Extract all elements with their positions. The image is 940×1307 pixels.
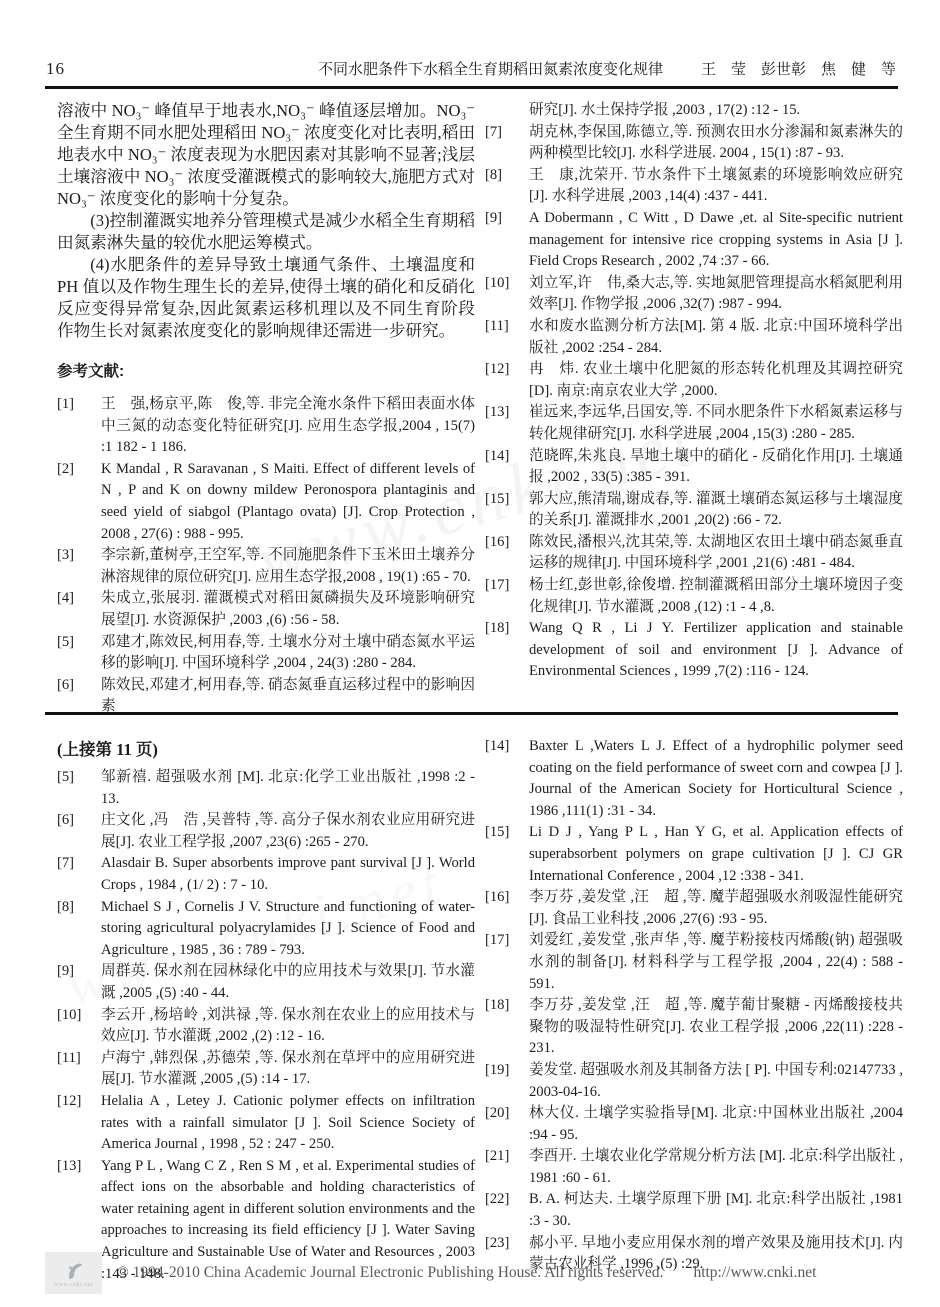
page-header: 16 不同水肥条件下水稻全生育期稻田氮素浓度变化规律 王 莹 彭世彰 焦 健 等: [46, 58, 896, 79]
reference-text: Helalia A , Letey J. Cationic polymer ef…: [101, 1091, 475, 1156]
reference-text: 刘立军,许 伟,桑大志,等. 实地氮肥管理提高水稻氮肥利用效率[J]. 作物学报…: [529, 273, 903, 316]
reference-number: [17]: [485, 575, 529, 618]
reference-text: 胡克林,李保国,陈德立,等. 预测农田水分渗漏和氮素淋失的两种模型比较[J]. …: [529, 122, 903, 165]
cnki-logo-caption: www.cnki.net: [54, 1282, 93, 1288]
section-divider-rule: [45, 712, 898, 715]
continued-list-right: [14]Baxter L ,Waters L J. Effect of a hy…: [485, 736, 903, 1276]
copyright-text: © 1994-2010 China Academic Journal Elect…: [117, 1264, 663, 1282]
journal-page: 16 不同水肥条件下水稻全生育期稻田氮素浓度变化规律 王 莹 彭世彰 焦 健 等…: [0, 0, 940, 1307]
reference-number: [11]: [485, 316, 529, 359]
reference-number: [15]: [485, 822, 529, 887]
reference-item: [11]卢海宁 ,韩烈保 ,苏德荣 ,等. 保水剂在草坪中的应用研究进展[J].…: [57, 1048, 475, 1091]
reference-item: [16]李万芬 ,姜发堂 ,汪 超 ,等. 魔芋超强吸水剂吸湿性能研究[J]. …: [485, 887, 903, 930]
reference-text: Michael S J , Cornelis J V. Structure an…: [101, 897, 475, 962]
reference-number: [11]: [57, 1048, 101, 1091]
reference-item: [18]Wang Q R , Li J Y. Fertilizer applic…: [485, 618, 903, 683]
reference-text: Alasdair B. Super absorbents improve pan…: [101, 853, 475, 896]
reference-number: [6]: [57, 810, 101, 853]
reference-number: [9]: [485, 208, 529, 273]
reference-number: [10]: [485, 273, 529, 316]
reference-number: [7]: [57, 853, 101, 896]
reference-number: [22]: [485, 1189, 529, 1232]
reference-item: [7]Alasdair B. Super absorbents improve …: [57, 853, 475, 896]
reference-number: [14]: [485, 446, 529, 489]
reference-text: B. A. 柯达夫. 土壤学原理下册 [M]. 北京:科学出版社 ,1981 :…: [529, 1189, 903, 1232]
reference-text: 研究[J]. 水土保持学报 ,2003 , 17(2) :12 - 15.: [529, 100, 903, 122]
continued-references-section: (上接第 11 页) [5]邹新禧. 超强吸水剂 [M]. 北京:化学工业出版社…: [57, 736, 903, 1248]
reference-number: [19]: [485, 1060, 529, 1103]
reference-item: [17]杨士红,彭世彰,徐俊增. 控制灌溉稻田部分土壤环境因子变化规律[J]. …: [485, 575, 903, 618]
reference-item: [16]陈效民,潘根兴,沈其荣,等. 太湖地区农田土壤中硝态氮垂直运移的规律[J…: [485, 532, 903, 575]
reference-text: 姜发堂. 超强吸水剂及其制备方法 [ P]. 中国专利:02147733 , 2…: [529, 1060, 903, 1103]
reference-text: 崔远来,李远华,吕国安,等. 不同水肥条件下水稻氮素运移与转化规律研究[J]. …: [529, 402, 903, 445]
reference-text: Li D J , Yang P L , Han Y G, et al. Appl…: [529, 822, 903, 887]
reference-text: 邓建才,陈效民,柯用春,等. 土壤水分对土壤中硝态氮水平运移的影响[J]. 中国…: [101, 632, 475, 675]
reference-item: [10]刘立军,许 伟,桑大志,等. 实地氮肥管理提高水稻氮肥利用效率[J]. …: [485, 273, 903, 316]
reference-item: [8]王 康,沈荣开. 节水条件下土壤氮素的环境影响效应研究[J]. 水科学进展…: [485, 165, 903, 208]
reference-item: [22]B. A. 柯达夫. 土壤学原理下册 [M]. 北京:科学出版社 ,19…: [485, 1189, 903, 1232]
reference-text: 冉 炜. 农业土壤中化肥氮的形态转化机理及其调控研究[D]. 南京:南京农业大学…: [529, 359, 903, 402]
reference-item: [10]李云开 ,杨培岭 ,刘洪禄 ,等. 保水剂在农业上的应用技术与效应[J]…: [57, 1005, 475, 1048]
reference-number: [5]: [57, 767, 101, 810]
reference-item: [5]邹新禧. 超强吸水剂 [M]. 北京:化学工业出版社 ,1998 :2 -…: [57, 767, 475, 810]
header-rule: [45, 86, 898, 89]
reference-item: [18]李万芬 ,姜发堂 ,汪 超 ,等. 魔芋葡甘聚糖 - 丙烯酸接枝共聚物的…: [485, 995, 903, 1060]
references-list-left: [1]王 强,杨京平,陈 俊,等. 非完全淹水条件下稻田表面水体中三氮的动态变化…: [57, 394, 475, 718]
cnki-swirl-icon: [63, 1258, 85, 1282]
article-paragraph: 溶液中 NO₃⁻ 峰值早于地表水,NO₃⁻ 峰值逐层增加。NO₃⁻ 全生育期不同…: [57, 100, 475, 210]
reference-number: [12]: [485, 359, 529, 402]
reference-text: 周群英. 保水剂在园林绿化中的应用技术与效果[J]. 节水灌溉 ,2005 ,(…: [101, 961, 475, 1004]
article-paragraph: (4)水肥条件的差异导致土壤通气条件、土壤温度和 PH 值以及作物生理生长的差异…: [57, 254, 475, 342]
reference-text: 王 康,沈荣开. 节水条件下土壤氮素的环境影响效应研究[J]. 水科学进展 ,2…: [529, 165, 903, 208]
reference-number: [10]: [57, 1005, 101, 1048]
reference-text: 陈效民,潘根兴,沈其荣,等. 太湖地区农田土壤中硝态氮垂直运移的规律[J]. 中…: [529, 532, 903, 575]
reference-item: [6]庄文化 ,冯 浩 ,吴普特 ,等. 高分子保水剂农业应用研究进展[J]. …: [57, 810, 475, 853]
reference-text: Wang Q R , Li J Y. Fertilizer applicatio…: [529, 618, 903, 683]
right-column: 研究[J]. 水土保持学报 ,2003 , 17(2) :12 - 15.[7]…: [485, 100, 903, 710]
left-column: 溶液中 NO₃⁻ 峰值早于地表水,NO₃⁻ 峰值逐层增加。NO₃⁻ 全生育期不同…: [57, 100, 475, 710]
reference-number: [14]: [485, 736, 529, 822]
reference-item: [14]Baxter L ,Waters L J. Effect of a hy…: [485, 736, 903, 822]
reference-text: 李万芬 ,姜发堂 ,汪 超 ,等. 魔芋超强吸水剂吸湿性能研究[J]. 食品工业…: [529, 887, 903, 930]
reference-text: K Mandal , R Saravanan , S Maiti. Effect…: [101, 459, 475, 545]
reference-text: 李宗新,董树亭,王空军,等. 不同施肥条件下玉米田土壤养分淋溶规律的原位研究[J…: [101, 545, 475, 588]
reference-item: [14]范晓晖,朱兆良. 旱地土壤中的硝化 - 反硝化作用[J]. 土壤通报 ,…: [485, 446, 903, 489]
reference-text: 林大仪. 土壤学实验指导[M]. 北京:中国林业出版社 ,2004 :94 - …: [529, 1103, 903, 1146]
reference-text: A Dobermann , C Witt , D Dawe ,et. al Si…: [529, 208, 903, 273]
left-column: (上接第 11 页) [5]邹新禧. 超强吸水剂 [M]. 北京:化学工业出版社…: [57, 736, 475, 1248]
reference-item: [21]李酉开. 土壤农业化学常规分析方法 [M]. 北京:科学出版社 , 19…: [485, 1146, 903, 1189]
reference-number: [1]: [57, 394, 101, 459]
article-paragraph: (3)控制灌溉实地养分管理模式是减少水稻全生育期稻田氮素淋失量的较优水肥运筹模式…: [57, 210, 475, 254]
reference-item: [15]Li D J , Yang P L , Han Y G, et al. …: [485, 822, 903, 887]
continued-list-left: [5]邹新禧. 超强吸水剂 [M]. 北京:化学工业出版社 ,1998 :2 -…: [57, 767, 475, 1285]
reference-text: 杨士红,彭世彰,徐俊增. 控制灌溉稻田部分土壤环境因子变化规律[J]. 节水灌溉…: [529, 575, 903, 618]
reference-text: 卢海宁 ,韩烈保 ,苏德荣 ,等. 保水剂在草坪中的应用研究进展[J]. 节水灌…: [101, 1048, 475, 1091]
reference-number: [485, 100, 529, 122]
cnki-logo: www.cnki.net: [45, 1252, 102, 1294]
reference-text: 李万芬 ,姜发堂 ,汪 超 ,等. 魔芋葡甘聚糖 - 丙烯酸接枝共聚物的吸湿特性…: [529, 995, 903, 1060]
reference-item: [19]姜发堂. 超强吸水剂及其制备方法 [ P]. 中国专利:02147733…: [485, 1060, 903, 1103]
reference-number: [3]: [57, 545, 101, 588]
references-heading: 参考文献:: [57, 359, 475, 381]
continued-from-heading: (上接第 11 页): [57, 736, 475, 760]
reference-text: 李酉开. 土壤农业化学常规分析方法 [M]. 北京:科学出版社 , 1981 :…: [529, 1146, 903, 1189]
article-end-section: 溶液中 NO₃⁻ 峰值早于地表水,NO₃⁻ 峰值逐层增加。NO₃⁻ 全生育期不同…: [57, 100, 903, 710]
reference-item: [17]刘爱红 ,姜发堂 ,张声华 ,等. 魔芋粉接枝丙烯酸(钠) 超强吸水剂的…: [485, 930, 903, 995]
reference-number: [15]: [485, 489, 529, 532]
page-footer: www.cnki.net © 1994-2010 China Academic …: [45, 1252, 895, 1294]
reference-number: [8]: [57, 897, 101, 962]
reference-item: [8]Michael S J , Cornelis J V. Structure…: [57, 897, 475, 962]
running-title: 不同水肥条件下水稻全生育期稻田氮素浓度变化规律: [318, 58, 663, 79]
reference-item: [1]王 强,杨京平,陈 俊,等. 非完全淹水条件下稻田表面水体中三氮的动态变化…: [57, 394, 475, 459]
reference-item: 研究[J]. 水土保持学报 ,2003 , 17(2) :12 - 15.: [485, 100, 903, 122]
running-title-group: 不同水肥条件下水稻全生育期稻田氮素浓度变化规律 王 莹 彭世彰 焦 健 等: [318, 58, 896, 79]
running-authors: 王 莹 彭世彰 焦 健 等: [701, 58, 896, 79]
reference-text: 李云开 ,杨培岭 ,刘洪禄 ,等. 保水剂在农业上的应用技术与效应[J]. 节水…: [101, 1005, 475, 1048]
cnki-url-link[interactable]: http://www.cnki.net: [693, 1264, 816, 1282]
reference-text: 邹新禧. 超强吸水剂 [M]. 北京:化学工业出版社 ,1998 :2 - 13…: [101, 767, 475, 810]
reference-item: [11]水和废水监测分析方法[M]. 第 4 版. 北京:中国环境科学出版社 ,…: [485, 316, 903, 359]
reference-number: [7]: [485, 122, 529, 165]
references-list-right: 研究[J]. 水土保持学报 ,2003 , 17(2) :12 - 15.[7]…: [485, 100, 903, 683]
right-column: [14]Baxter L ,Waters L J. Effect of a hy…: [485, 736, 903, 1248]
reference-text: Baxter L ,Waters L J. Effect of a hydrop…: [529, 736, 903, 822]
reference-number: [13]: [485, 402, 529, 445]
reference-item: [3]李宗新,董树亭,王空军,等. 不同施肥条件下玉米田土壤养分淋溶规律的原位研…: [57, 545, 475, 588]
reference-item: [20]林大仪. 土壤学实验指导[M]. 北京:中国林业出版社 ,2004 :9…: [485, 1103, 903, 1146]
reference-item: [15]郭大应,熊清瑞,谢成春,等. 灌溉土壤硝态氮运移与土壤湿度的关系[J].…: [485, 489, 903, 532]
reference-number: [2]: [57, 459, 101, 545]
reference-number: [16]: [485, 532, 529, 575]
reference-item: [7]胡克林,李保国,陈德立,等. 预测农田水分渗漏和氮素淋失的两种模型比较[J…: [485, 122, 903, 165]
reference-number: [12]: [57, 1091, 101, 1156]
reference-item: [12]Helalia A , Letey J. Cationic polyme…: [57, 1091, 475, 1156]
reference-item: [9]A Dobermann , C Witt , D Dawe ,et. al…: [485, 208, 903, 273]
reference-item: [9]周群英. 保水剂在园林绿化中的应用技术与效果[J]. 节水灌溉 ,2005…: [57, 961, 475, 1004]
page-number: 16: [46, 59, 65, 79]
reference-text: 刘爱红 ,姜发堂 ,张声华 ,等. 魔芋粉接枝丙烯酸(钠) 超强吸水剂的制备[J…: [529, 930, 903, 995]
reference-item: [2]K Mandal , R Saravanan , S Maiti. Eff…: [57, 459, 475, 545]
reference-item: [5]邓建才,陈效民,柯用春,等. 土壤水分对土壤中硝态氮水平运移的影响[J].…: [57, 632, 475, 675]
reference-number: [17]: [485, 930, 529, 995]
reference-text: 朱成立,张展羽. 灌溉模式对稻田氮磷损失及环境影响研究展望[J]. 水资源保护 …: [101, 588, 475, 631]
reference-item: [12]冉 炜. 农业土壤中化肥氮的形态转化机理及其调控研究[D]. 南京:南京…: [485, 359, 903, 402]
reference-number: [18]: [485, 995, 529, 1060]
reference-number: [18]: [485, 618, 529, 683]
reference-text: 王 强,杨京平,陈 俊,等. 非完全淹水条件下稻田表面水体中三氮的动态变化特征研…: [101, 394, 475, 459]
reference-number: [20]: [485, 1103, 529, 1146]
reference-text: 范晓晖,朱兆良. 旱地土壤中的硝化 - 反硝化作用[J]. 土壤通报 ,2002…: [529, 446, 903, 489]
reference-text: 水和废水监测分析方法[M]. 第 4 版. 北京:中国环境科学出版社 ,2002…: [529, 316, 903, 359]
reference-number: [4]: [57, 588, 101, 631]
reference-number: [9]: [57, 961, 101, 1004]
reference-number: [16]: [485, 887, 529, 930]
reference-number: [5]: [57, 632, 101, 675]
reference-item: [4]朱成立,张展羽. 灌溉模式对稻田氮磷损失及环境影响研究展望[J]. 水资源…: [57, 588, 475, 631]
reference-text: 庄文化 ,冯 浩 ,吴普特 ,等. 高分子保水剂农业应用研究进展[J]. 农业工…: [101, 810, 475, 853]
reference-number: [8]: [485, 165, 529, 208]
reference-item: [13]崔远来,李远华,吕国安,等. 不同水肥条件下水稻氮素运移与转化规律研究[…: [485, 402, 903, 445]
reference-number: [21]: [485, 1146, 529, 1189]
reference-text: 郭大应,熊清瑞,谢成春,等. 灌溉土壤硝态氮运移与土壤湿度的关系[J]. 灌溉排…: [529, 489, 903, 532]
